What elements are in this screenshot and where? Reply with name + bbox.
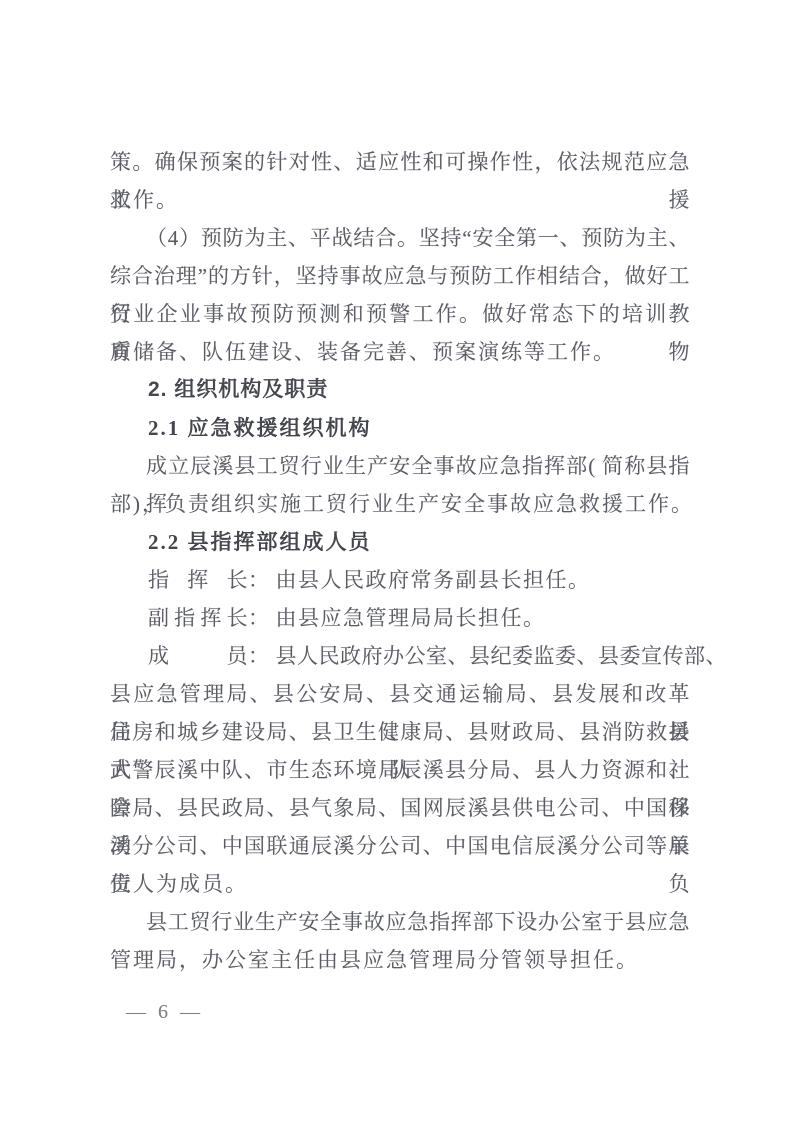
text-line: 溪分公司、中国联通辰溪分公司、中国电信辰溪分公司等单位负	[110, 827, 690, 865]
text-line: 障局、县民政局、县气象局、国网辰溪县供电公司、中国移动辰	[110, 789, 690, 827]
text-line: 县工贸行业生产安全事故应急指挥部下设办公室于县应急	[110, 903, 690, 941]
role-colon: ：	[248, 561, 270, 599]
text-line: 副指挥长：由县应急管理局局长担任。	[110, 599, 690, 637]
text-line: 质储备、队伍建设、装备完善、预案演练等工作。	[110, 333, 690, 371]
role-colon: ：	[248, 637, 270, 675]
document-page: 策。确保预案的针对性、适应性和可操作性，依法规范应急救援工作。（4）预防为主、平…	[0, 0, 792, 1121]
page-number: — 6 —	[126, 999, 201, 1025]
text-line: 指挥长：由县人民政府常务副县长担任。	[110, 561, 690, 599]
text-line: 行业企业事故预防预测和预警工作。做好常态下的培训教育、物	[110, 295, 690, 333]
role-text: 由县人民政府常务副县长担任。	[276, 561, 591, 599]
heading-line: 2. 组织机构及职责	[110, 371, 690, 409]
text-line: 县应急管理局、县公安局、县交通运输局、县发展和改革局、县	[110, 675, 690, 713]
role-text: 由县应急管理局局长担任。	[276, 599, 546, 637]
text-line: 部)，负责组织实施工贸行业生产安全事故应急救援工作。	[110, 485, 690, 523]
text-line: （4）预防为主、平战结合。坚持“安全第一、预防为主、	[110, 219, 690, 257]
text-line: 住房和城乡建设局、县卫生健康局、县财政局、县消防救援大队、	[110, 713, 690, 751]
role-text: 县人民政府办公室、县纪委监委、县委宣传部、	[276, 637, 728, 675]
role-colon: ：	[248, 599, 270, 637]
text-line: 综合治理”的方针，坚持事故应急与预防工作相结合，做好工贸	[110, 257, 690, 295]
text-line: 成立辰溪县工贸行业生产安全事故应急指挥部( 简称县指挥	[110, 447, 690, 485]
heading-line: 2.1 应急救援组织机构	[110, 409, 690, 447]
role-label: 成员	[148, 637, 248, 675]
text-line: 管理局，办公室主任由县应急管理局分管领导担任。	[110, 941, 690, 979]
role-label: 副指挥长	[148, 599, 248, 637]
role-label: 指挥长	[148, 561, 248, 599]
document-body: 策。确保预案的针对性、适应性和可操作性，依法规范应急救援工作。（4）预防为主、平…	[110, 143, 690, 979]
text-line: 武警辰溪中队、市生态环境局辰溪县分局、县人力资源和社会保	[110, 751, 690, 789]
heading-line: 2.2 县指挥部组成人员	[110, 523, 690, 561]
text-line: 成员：县人民政府办公室、县纪委监委、县委宣传部、	[110, 637, 690, 675]
text-line: 策。确保预案的针对性、适应性和可操作性，依法规范应急救援	[110, 143, 690, 181]
